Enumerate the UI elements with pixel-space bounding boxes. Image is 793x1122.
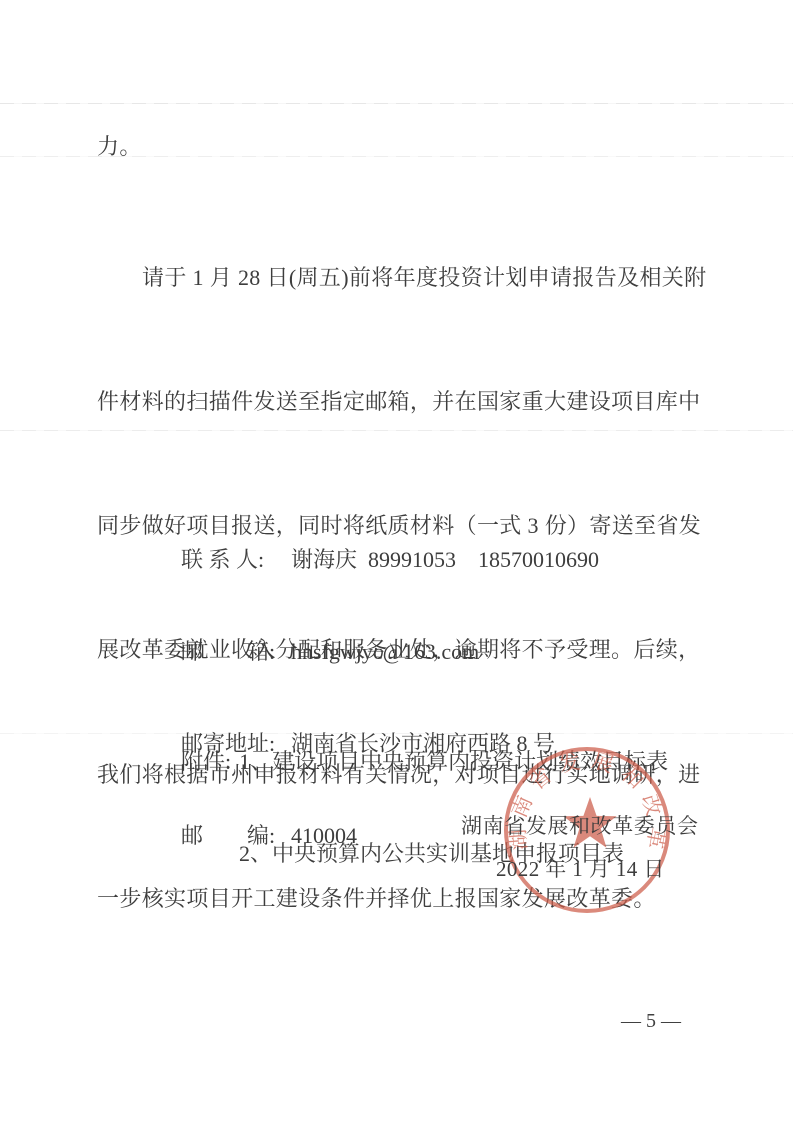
signature-date: 2022 年 1 月 14 日 [496,853,665,883]
paragraph-line: 件材料的扫描件发送至指定邮箱，并在国家重大建设项目库中 [97,381,713,422]
svg-text:湖南省发展和改革委员会: 湖南省发展和改革委员会 [501,746,669,860]
contact-row-person: 联 系 人:谢海庆 89991053 18570010690 [148,500,599,540]
attachments-label: 附件: [181,749,231,774]
scan-artifact-line [0,103,793,104]
contact-value: 谢海庆 89991053 18570010690 [291,547,599,572]
seal-arc-text: 湖南省发展和改革委员会 [501,746,669,860]
attachment-row: 附件:1、建设项目中央预算内投资计划绩效目标表 [148,702,668,742]
signature-organization: 湖南省发展和改革委员会 [461,810,699,840]
paragraph-remnant-text: 力。 [97,130,142,161]
page-number: — 5 — [621,1010,681,1033]
contact-row-email: 邮 箱:hnsfgwjyc@163.com [148,592,599,632]
paragraph-line: 请于 1 月 28 日(周五)前将年度投资计划申请报告及相关附 [97,257,713,298]
document-page: 力。 请于 1 月 28 日(周五)前将年度投资计划申请报告及相关附 件材料的扫… [0,0,793,1122]
contact-label: 联 系 人: [181,540,277,580]
